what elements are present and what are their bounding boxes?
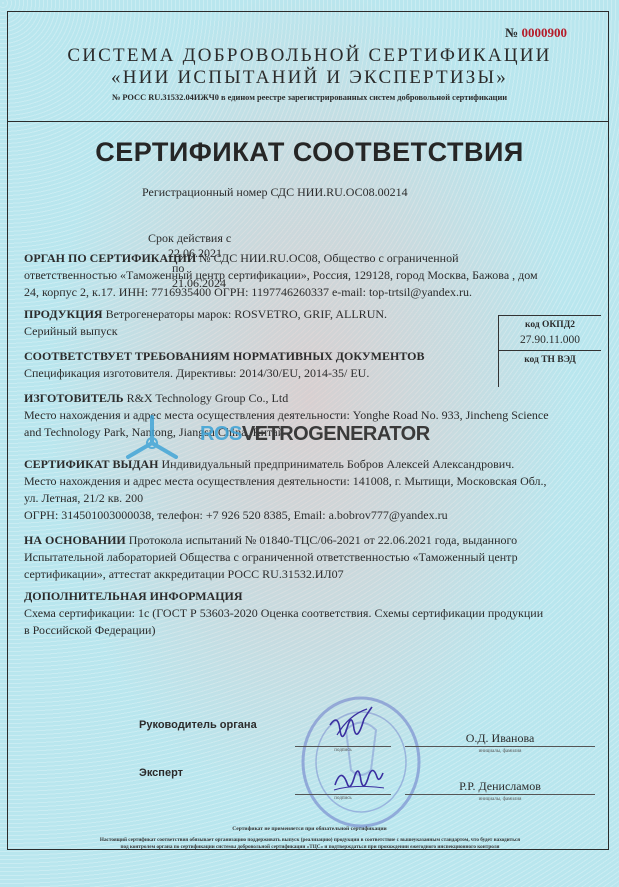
section-issued-to: СЕРТИФИКАТ ВЫДАН Индивидуальный предприн… [24, 456, 599, 524]
section-conformity: СООТВЕТСТВУЕТ ТРЕБОВАНИЯМ НОРМАТИВНЫХ ДО… [24, 348, 494, 382]
expert-name: Р.Р. Денисламов [405, 779, 595, 794]
name-line [405, 746, 595, 747]
footer-note: Сертификат не применяется при обязательн… [0, 826, 619, 832]
expert-label: Эксперт [139, 767, 183, 779]
section-text: ответственностью «Таможенный центр серти… [24, 267, 599, 284]
tnved-code-box: код ТН ВЭД [498, 350, 601, 387]
section-heading: СЕРТИФИКАТ ВЫДАН [24, 457, 158, 471]
page-title: СЕРТИФИКАТ СООТВЕТСТВИЯ [0, 137, 619, 168]
system-registration: № РОСС RU.31532.04ИЖЧ0 в едином реестре … [0, 93, 619, 102]
section-text: Место нахождения и адрес места осуществл… [24, 407, 599, 424]
okpd2-label: код ОКПД2 [499, 318, 601, 333]
section-heading: ДОПОЛНИТЕЛЬНАЯ ИНФОРМАЦИЯ [24, 589, 243, 603]
footer-text-line: под контролем органа по сертификации сис… [40, 844, 580, 851]
section-text: ОГРН: 314501003000038, телефон: +7 926 5… [24, 507, 599, 524]
footer-text-line: Настоящий сертификат соответствия обязыв… [40, 837, 580, 844]
section-heading: СООТВЕТСТВУЕТ ТРЕБОВАНИЯМ НОРМАТИВНЫХ ДО… [24, 349, 425, 363]
section-text: R&X Technology Group Co., Ltd [124, 391, 289, 405]
okpd2-code-box: код ОКПД2 27.90.11.000 [498, 315, 601, 352]
section-heading: ИЗГОТОВИТЕЛЬ [24, 391, 124, 405]
watermark-text: VETROGENERATOR [242, 423, 430, 445]
section-text: Протокола испытаний № 01840-ТЦС/06-2021 … [126, 533, 517, 547]
expert-signature-icon [330, 760, 390, 800]
name-caption: инициалы, фамилия [405, 749, 595, 754]
head-of-body-name: О.Д. Иванова [405, 731, 595, 746]
tnved-label: код ТН ВЭД [499, 353, 601, 368]
section-additional-info: ДОПОЛНИТЕЛЬНАЯ ИНФОРМАЦИЯ Схема сертифик… [24, 588, 599, 639]
registration-number: Регистрационный номер СДС НИИ.RU.ОС08.00… [142, 185, 408, 200]
section-text: в Российской Федерации) [24, 622, 599, 639]
section-basis: НА ОСНОВАНИИ Протокола испытаний № 01840… [24, 532, 599, 583]
watermark-logo: ROSVETROGENERATOR [200, 423, 430, 446]
number-value: 0000900 [522, 25, 568, 40]
watermark-prefix: ROS [200, 423, 242, 445]
footer-text: Настоящий сертификат соответствия обязыв… [40, 837, 580, 851]
section-text: Ветрогенераторы марок: ROSVETRO, GRIF, A… [103, 307, 387, 321]
section-text: Спецификация изготовителя. Директивы: 20… [24, 365, 494, 382]
header-divider [7, 121, 609, 122]
section-heading: ОРГАН ПО СЕРТИФИКАЦИИ [24, 251, 196, 265]
section-certification-body: ОРГАН ПО СЕРТИФИКАЦИИ № СДС НИИ.RU.ОС08,… [24, 250, 599, 301]
section-text: ул. Летная, 21/2 кв. 200 [24, 490, 599, 507]
section-text: 24, корпус 2, к.17. ИНН: 7716935400 ОГРН… [24, 284, 599, 301]
name-line [405, 794, 595, 795]
system-title-line1: СИСТЕМА ДОБРОВОЛЬНОЙ СЕРТИФИКАЦИИ [0, 45, 619, 66]
section-heading: НА ОСНОВАНИИ [24, 533, 126, 547]
head-of-body-label: Руководитель органа [139, 719, 257, 731]
number-label: № [505, 25, 518, 40]
section-text: Место нахождения и адрес места осуществл… [24, 473, 599, 490]
section-product: ПРОДУКЦИЯ Ветрогенераторы марок: ROSVETR… [24, 306, 484, 340]
section-text: сертификации», аттестат аккредитации РОС… [24, 566, 599, 583]
system-title-line2: «НИИ ИСПЫТАНИЙ И ЭКСПЕРТИЗЫ» [0, 67, 619, 88]
section-text: Серийный выпуск [24, 323, 484, 340]
section-text: Испытательной лабораторией Общества с ог… [24, 549, 599, 566]
section-text: Индивидуальный предприниматель Бобров Ал… [158, 457, 514, 471]
certificate-number: № 0000900 [505, 25, 567, 41]
section-text: № СДС НИИ.RU.ОС08, Общество с ограниченн… [196, 251, 458, 265]
section-heading: ПРОДУКЦИЯ [24, 307, 103, 321]
validity-label: Срок действия с [148, 231, 231, 246]
section-text: Схема сертификации: 1с (ГОСТ Р 53603-202… [24, 605, 599, 622]
okpd2-value: 27.90.11.000 [499, 333, 601, 348]
head-signature-icon [325, 705, 375, 750]
name-caption: инициалы, фамилия [405, 797, 595, 802]
